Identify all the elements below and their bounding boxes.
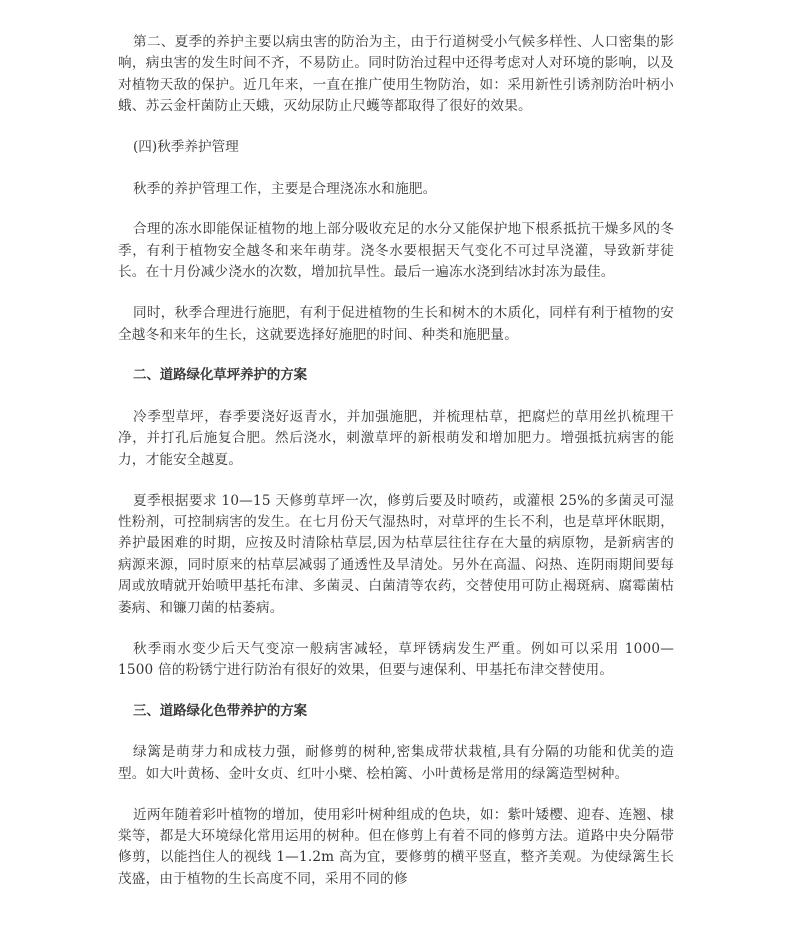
paragraph-hedge: 绿篱是萌芽力和成枝力强，耐修剪的树种,密集成带状栽植,具有分隔的功能和优美的造型… <box>118 742 674 785</box>
paragraph-autumn-intro: 秋季的养护管理工作，主要是合理浇冻水和施肥。 <box>118 179 674 200</box>
paragraph-summer-lawn: 夏季根据要求 10—15 天修剪草坪一次，修剪后要及时喷药，或灌根 25%的多菌… <box>118 491 674 619</box>
paragraph-autumn-fertilizer: 同时，秋季合理进行施肥，有利于促进植物的生长和树木的木质化，同样有利于植物的安全… <box>118 303 674 346</box>
paragraph-winter-water: 合理的冻水即能保证植物的地上部分吸收充足的水分又能保护地下根系抵抗干燥多风的冬季… <box>118 219 674 283</box>
subheading-autumn-management: (四)秋季养护管理 <box>118 137 674 158</box>
document-body: 第二、夏季的养护主要以病虫害的防治为主，由于行道树受小气候多样性、人口密集的影响… <box>118 32 674 910</box>
paragraph-summer-pest-control: 第二、夏季的养护主要以病虫害的防治为主，由于行道树受小气候多样性、人口密集的影响… <box>118 32 674 118</box>
paragraph-autumn-lawn: 秋季雨水变少后天气变凉一般病害减轻，草坪锈病发生严重。例如可以采用 1000—1… <box>118 639 674 682</box>
paragraph-cool-season-lawn: 冷季型草坪，春季要浇好返青水，并加强施肥，并梳理枯草，把腐烂的草用丝扒梳理干净，… <box>118 407 674 471</box>
paragraph-colored-plants: 近两年随着彩叶植物的增加，使用彩叶树种组成的色块，如：紫叶矮樱、迎春、连翘、棣棠… <box>118 805 674 891</box>
section-heading-color-belt: 三、道路绿化色带养护的方案 <box>118 701 674 722</box>
section-heading-lawn: 二、道路绿化草坪养护的方案 <box>118 365 674 386</box>
